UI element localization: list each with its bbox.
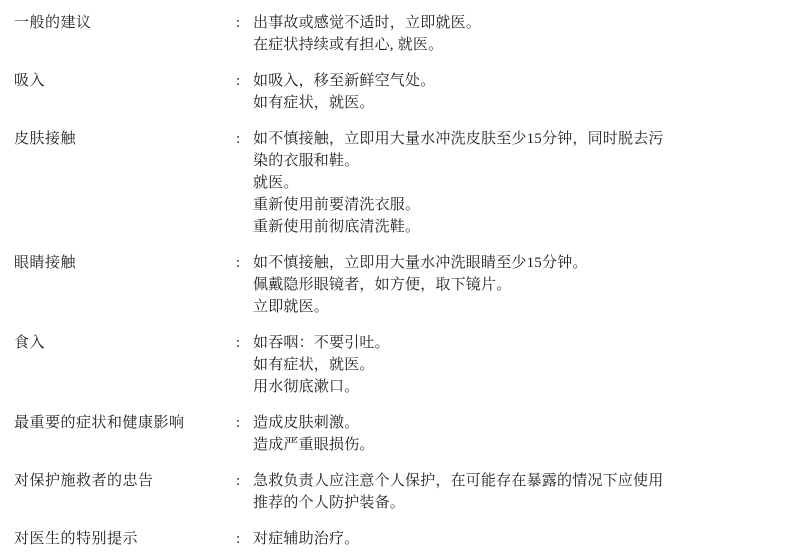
field-value-line: 急救负责人应注意个人保护，在可能存在暴露的情况下应使用: [253, 470, 776, 492]
field-value-line: 推荐的个人防护装备。: [253, 492, 776, 514]
field-value-line: 重新使用前要清洗衣服。: [253, 194, 776, 216]
colon-separator: :: [236, 70, 253, 92]
field-value-line: 对症辅助治疗。: [253, 528, 776, 550]
colon-separator: :: [236, 470, 253, 492]
field-value-line: 出事故或感觉不适时，立即就医。: [253, 12, 776, 34]
field-label: 对医生的特别提示: [14, 528, 236, 550]
field-row: 一般的建议 : 出事故或感觉不适时，立即就医。在症状持续或有担心, 就医。: [14, 12, 776, 56]
field-label: 眼睛接触: [14, 252, 236, 274]
field-value-line: 佩戴隐形眼镜者，如方便，取下镜片。: [253, 274, 776, 296]
colon-separator: :: [236, 252, 253, 274]
colon-separator: :: [236, 332, 253, 354]
field-value-line: 就医。: [253, 172, 776, 194]
field-value: 如不慎接触，立即用大量水冲洗眼睛至少15分钟。佩戴隐形眼镜者，如方便，取下镜片。…: [253, 252, 776, 318]
colon-separator: :: [236, 128, 253, 150]
field-label: 最重要的症状和健康影响: [14, 412, 236, 434]
field-value-line: 造成皮肤刺激。: [253, 412, 776, 434]
field-value: 急救负责人应注意个人保护，在可能存在暴露的情况下应使用推荐的个人防护装备。: [253, 470, 776, 514]
field-value-line: 造成严重眼损伤。: [253, 434, 776, 456]
field-value-line: 立即就医。: [253, 296, 776, 318]
field-row: 对保护施救者的忠告 : 急救负责人应注意个人保护，在可能存在暴露的情况下应使用推…: [14, 470, 776, 514]
field-value: 对症辅助治疗。: [253, 528, 776, 550]
first-aid-fields-table: 一般的建议 : 出事故或感觉不适时，立即就医。在症状持续或有担心, 就医。 吸入…: [14, 12, 776, 550]
field-value-line: 如有症状，就医。: [253, 354, 776, 376]
colon-separator: :: [236, 412, 253, 434]
field-label: 一般的建议: [14, 12, 236, 34]
field-value-line: 如不慎接触，立即用大量水冲洗皮肤至少15分钟，同时脱去污: [253, 128, 776, 150]
field-row: 吸入 : 如吸入，移至新鲜空气处。如有症状，就医。: [14, 70, 776, 114]
field-value-line: 如吞咽：不要引吐。: [253, 332, 776, 354]
field-value: 如不慎接触，立即用大量水冲洗皮肤至少15分钟，同时脱去污染的衣服和鞋。就医。重新…: [253, 128, 776, 238]
field-label: 对保护施救者的忠告: [14, 470, 236, 492]
first-aid-measures-document: 一般的建议 : 出事故或感觉不适时，立即就医。在症状持续或有担心, 就医。 吸入…: [0, 0, 790, 552]
field-row: 皮肤接触 : 如不慎接触，立即用大量水冲洗皮肤至少15分钟，同时脱去污染的衣服和…: [14, 128, 776, 238]
field-row: 眼睛接触 : 如不慎接触，立即用大量水冲洗眼睛至少15分钟。佩戴隐形眼镜者，如方…: [14, 252, 776, 318]
colon-separator: :: [236, 528, 253, 550]
field-value-line: 用水彻底漱口。: [253, 376, 776, 398]
field-value-line: 如吸入，移至新鲜空气处。: [253, 70, 776, 92]
field-value-line: 重新使用前彻底清洗鞋。: [253, 216, 776, 238]
field-value: 如吞咽：不要引吐。如有症状，就医。用水彻底漱口。: [253, 332, 776, 398]
field-value-line: 染的衣服和鞋。: [253, 150, 776, 172]
colon-separator: :: [236, 12, 253, 34]
field-value-line: 在症状持续或有担心, 就医。: [253, 34, 776, 56]
field-row: 最重要的症状和健康影响 : 造成皮肤刺激。造成严重眼损伤。: [14, 412, 776, 456]
field-value: 如吸入，移至新鲜空气处。如有症状，就医。: [253, 70, 776, 114]
field-value-line: 如不慎接触，立即用大量水冲洗眼睛至少15分钟。: [253, 252, 776, 274]
field-row: 对医生的特别提示 : 对症辅助治疗。: [14, 528, 776, 550]
field-label: 吸入: [14, 70, 236, 92]
field-row: 食入 : 如吞咽：不要引吐。如有症状，就医。用水彻底漱口。: [14, 332, 776, 398]
field-value-line: 如有症状，就医。: [253, 92, 776, 114]
field-value: 出事故或感觉不适时，立即就医。在症状持续或有担心, 就医。: [253, 12, 776, 56]
field-label: 皮肤接触: [14, 128, 236, 150]
field-value: 造成皮肤刺激。造成严重眼损伤。: [253, 412, 776, 456]
field-label: 食入: [14, 332, 236, 354]
